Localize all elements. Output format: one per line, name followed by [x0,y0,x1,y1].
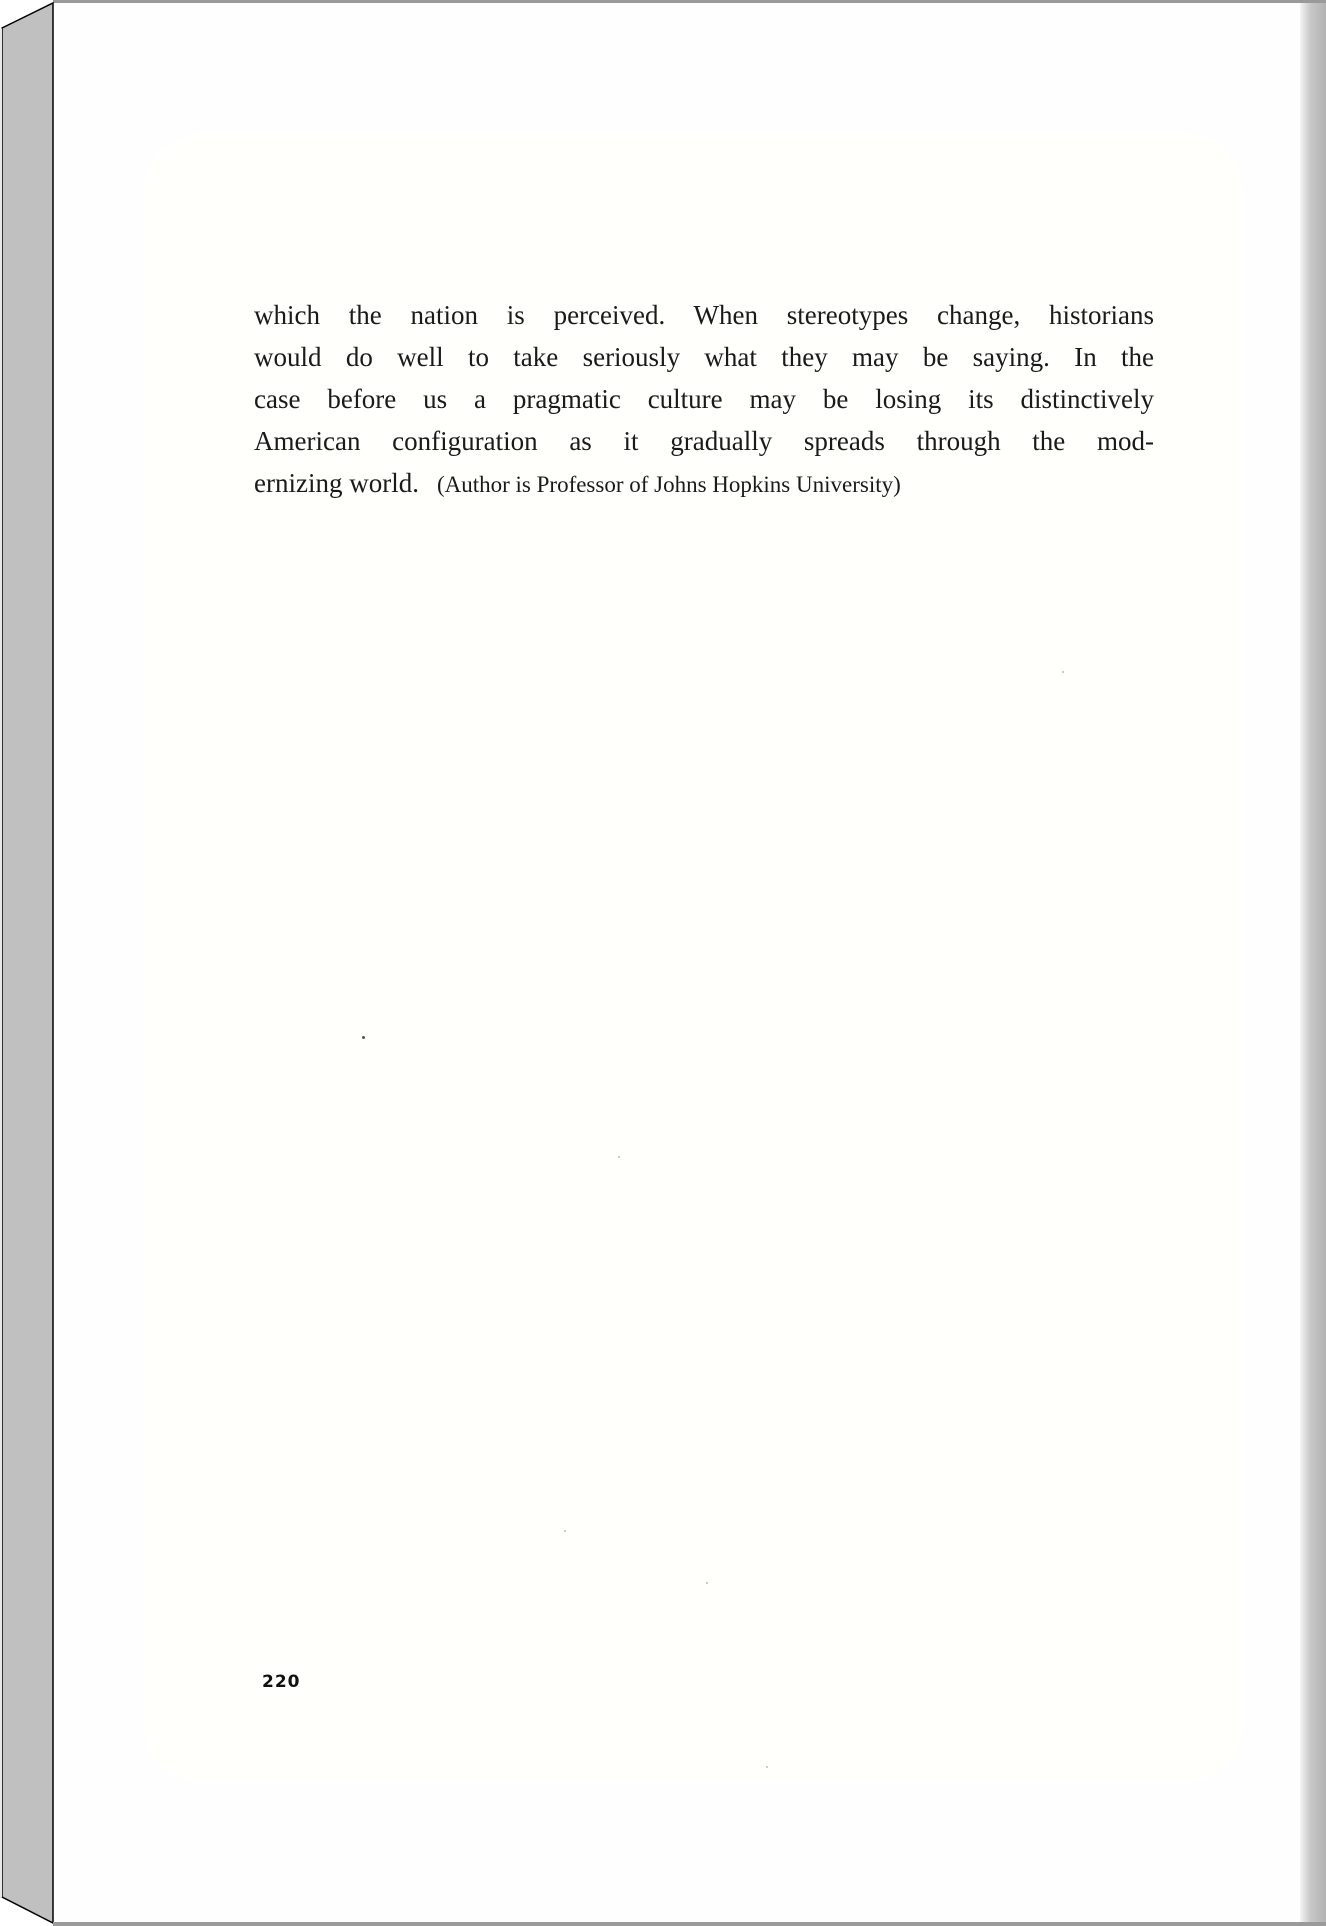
text-line-end: ernizing world. [254,468,419,498]
scan-speck [1062,671,1064,673]
scan-speck [564,1530,566,1532]
text-line: American configuration as it gradually s… [254,420,1154,462]
text-line-last: ernizing world.(Author is Professor of J… [254,462,1154,504]
text-line: case before us a pragmatic culture may b… [254,378,1154,420]
scan-speck [766,1766,768,1768]
author-note: (Author is Professor of Johns Hopkins Un… [437,472,901,497]
scan-speck [618,1156,620,1158]
book-spine [0,0,60,1926]
body-paragraph: which the nation is perceived. When ster… [254,294,1154,504]
book-page [53,3,1300,1922]
scan-speck [706,1582,708,1584]
text-line: would do well to take seriously what the… [254,336,1154,378]
text-line: which the nation is perceived. When ster… [254,294,1154,336]
book-bottom-edge [53,1922,1326,1926]
page-number: 220 [262,1672,301,1692]
scan-speck [362,1036,365,1039]
page-right-shadow [1300,3,1326,1922]
